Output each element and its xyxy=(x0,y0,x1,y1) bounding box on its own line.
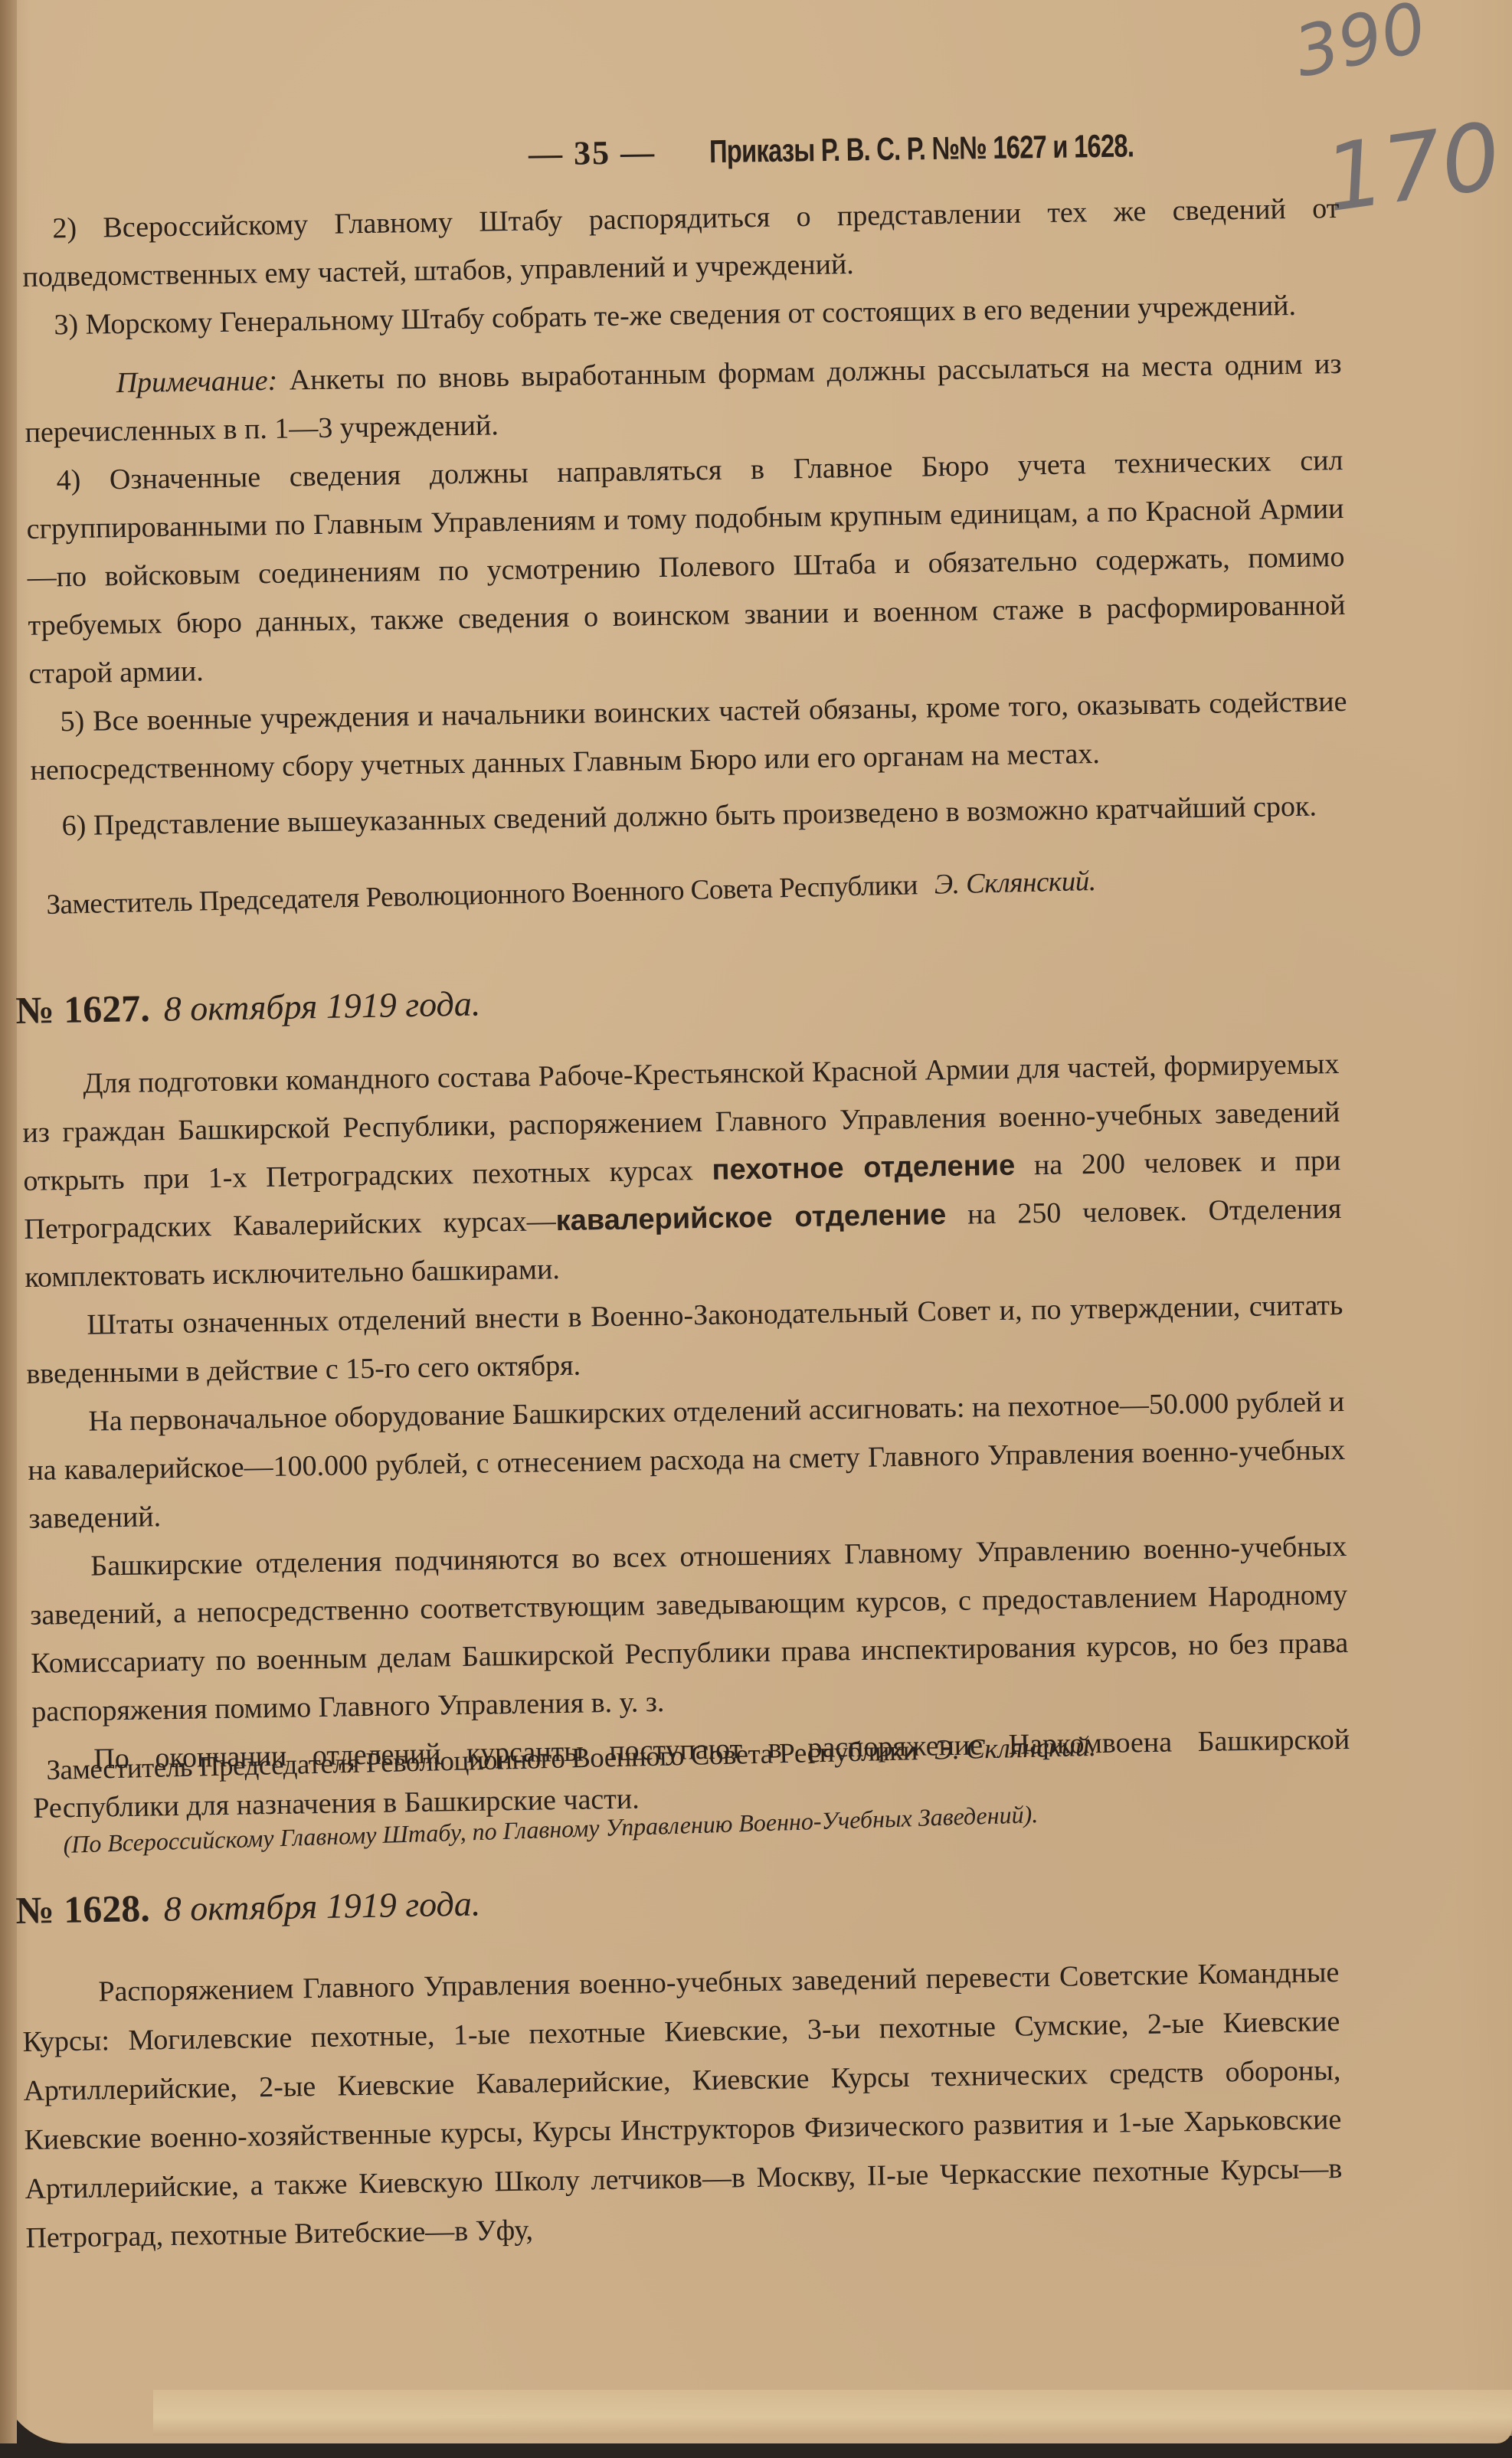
paragraph-3: На первоначальное оборудование Башкирски… xyxy=(27,1378,1347,1543)
page-header: — 35 — Приказы Р. В. С. Р. №№ 1627 и 162… xyxy=(529,123,1341,174)
previous-order-body: 2) Всероссийскому Главному Штабу распоря… xyxy=(21,185,1349,851)
order-1627-heading: № 1627.8 октября 1919 года. xyxy=(15,980,481,1033)
paragraph-1: Распоряжением Главного Управления военно… xyxy=(21,1948,1343,2263)
paragraph-6: 6) Представление вышеуказанных сведений … xyxy=(31,782,1349,851)
order-number: № 1627. xyxy=(15,987,150,1032)
order-1628-body: Распоряжением Главного Управления военно… xyxy=(21,1948,1343,2263)
order-1628-heading: № 1628.8 октября 1919 года. xyxy=(15,1880,481,1933)
order-number: № 1628. xyxy=(15,1887,150,1932)
page-frayed-edge xyxy=(153,2390,1512,2436)
pencil-page-mark: 170 xyxy=(1318,103,1507,234)
signature-previous-order: Заместитель Председателя Революционного … xyxy=(46,859,1349,921)
note-label: Примечание: xyxy=(116,365,277,399)
paragraph-5: 5) Все военные учреждения и начальники в… xyxy=(29,678,1348,795)
scanned-page: 390 170 — 35 — Приказы Р. В. С. Р. №№ 16… xyxy=(0,0,1512,2443)
emphasis-infantry-department: пехотное отделение xyxy=(712,1150,1015,1186)
pencil-folio-mark: 390 xyxy=(1288,0,1433,93)
signature-name: Э. Склянский. xyxy=(934,1731,1096,1766)
paragraph-4: 4) Означенные сведения должны направлять… xyxy=(25,437,1347,699)
signature-title: Заместитель Председателя Революционного … xyxy=(46,869,918,921)
running-title: Приказы Р. В. С. Р. №№ 1627 и 1628. xyxy=(709,127,1134,170)
page-number: — 35 — xyxy=(529,133,656,173)
order-date: 8 октября 1919 года. xyxy=(163,1884,480,1928)
emphasis-cavalry-department: кавалерийское отделение xyxy=(555,1199,946,1237)
paragraph-1: Для подготовки командного состава Рабоче… xyxy=(21,1040,1343,1302)
signature-name: Э. Склянский. xyxy=(934,866,1096,901)
paragraph-4: Башкирские отделения подчиняются во всех… xyxy=(29,1523,1350,1736)
note-text: Анкеты по вновь выработанным формам долж… xyxy=(25,348,1341,449)
order-1627-body: Для подготовки командного состава Рабоче… xyxy=(21,1040,1351,1833)
order-date: 8 октября 1919 года. xyxy=(163,984,480,1028)
page-binding-edge xyxy=(0,0,17,2443)
